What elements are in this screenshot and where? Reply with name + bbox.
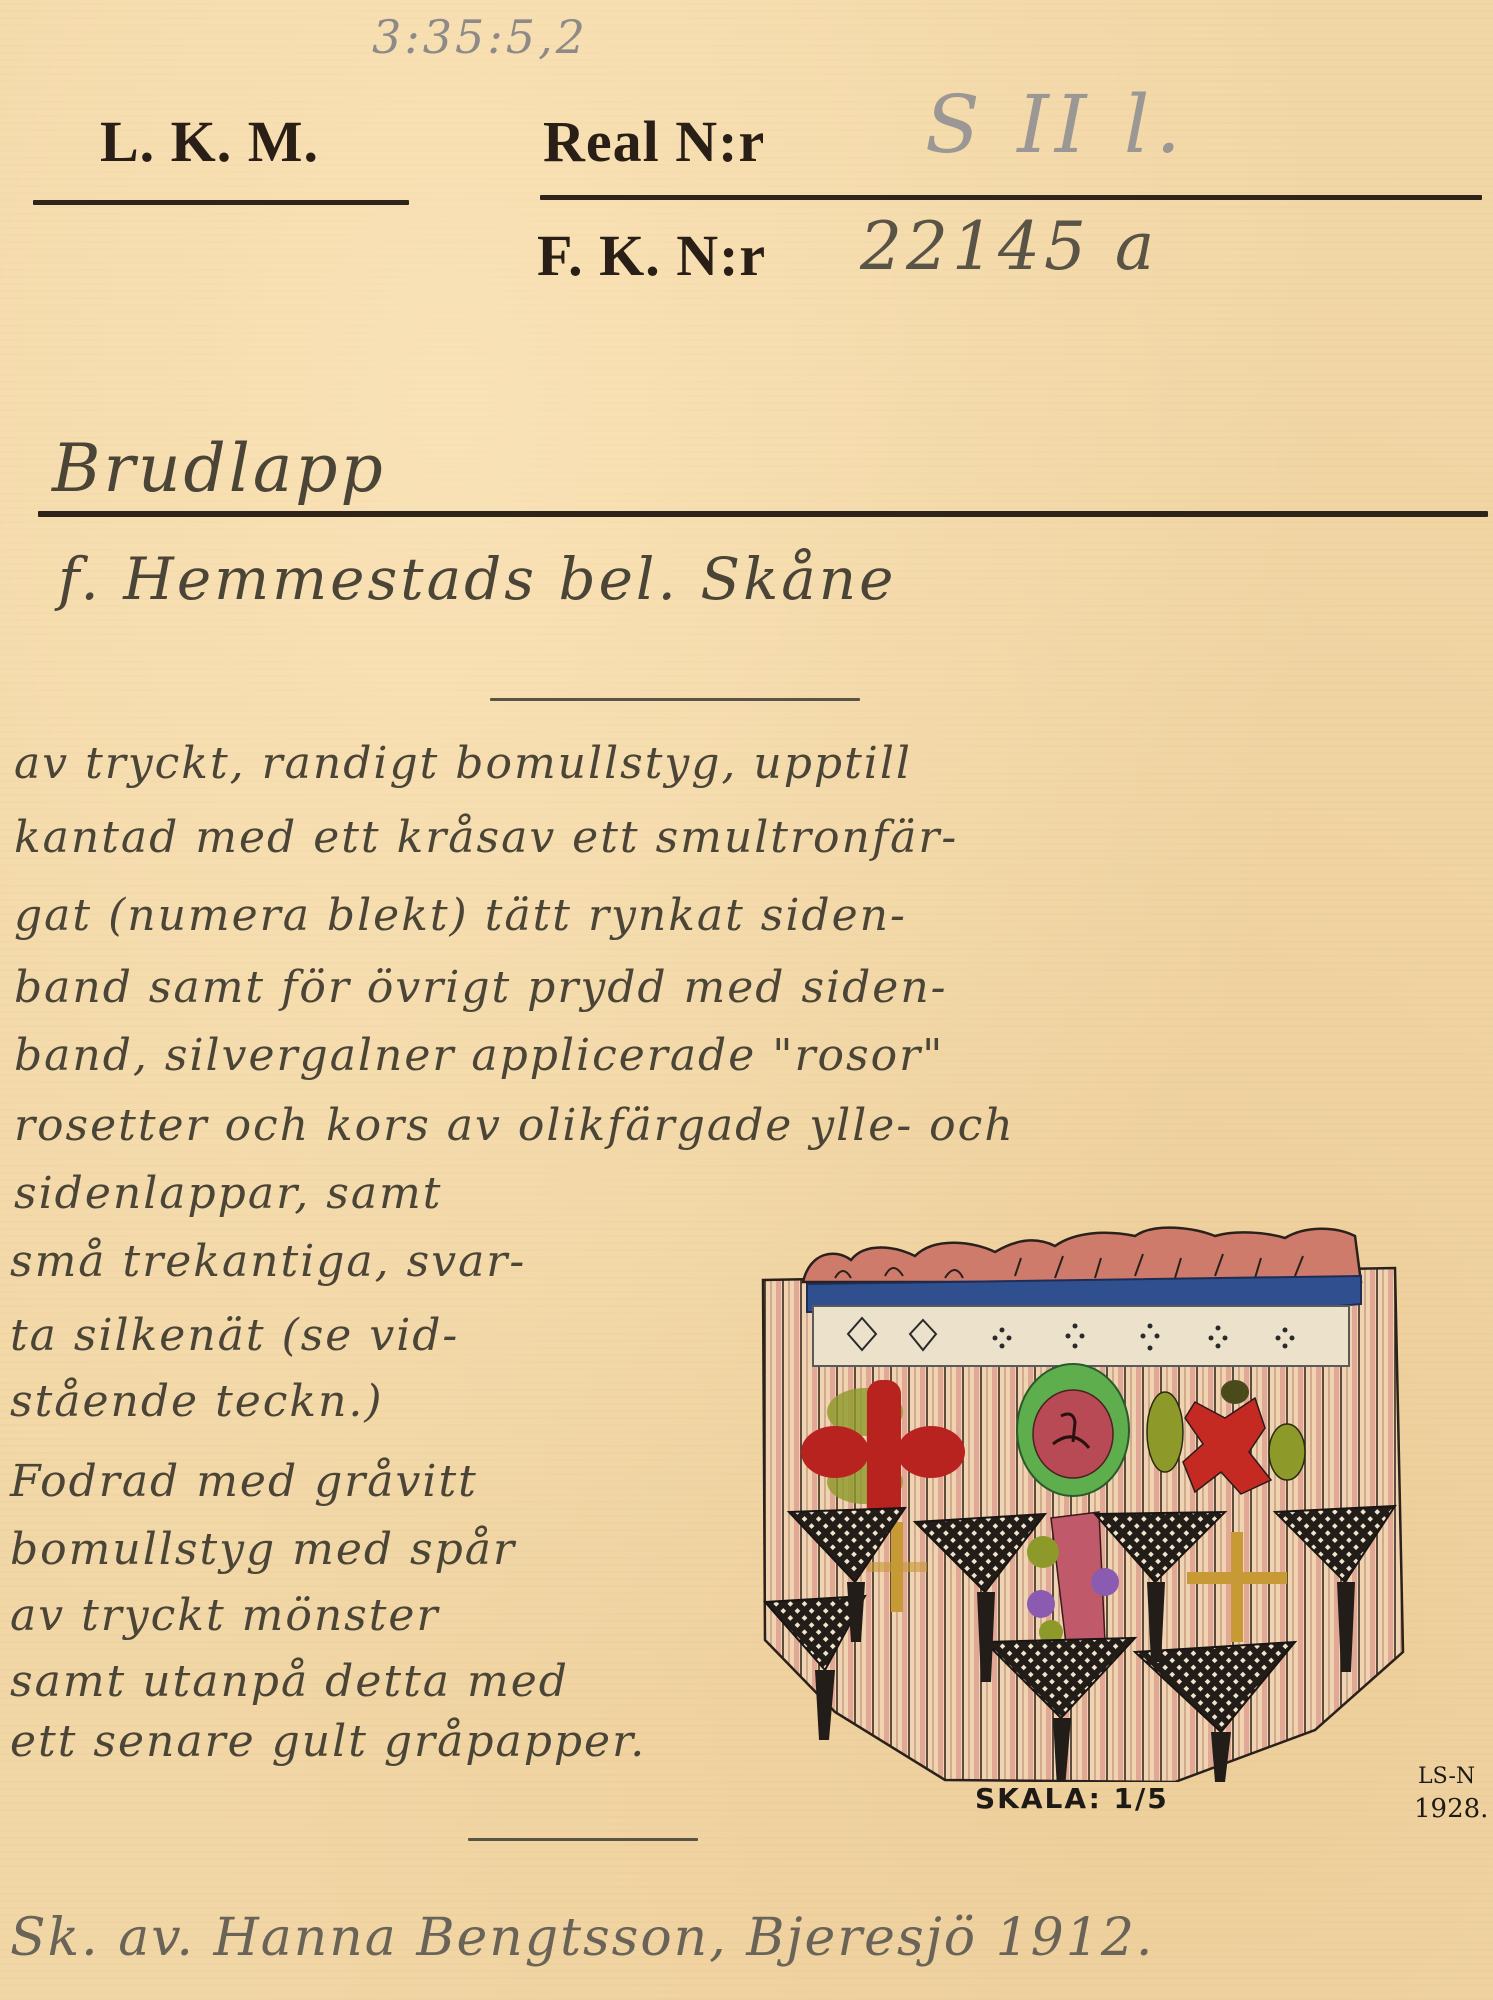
desc-line-9: ta silkenät (se vid- bbox=[10, 1310, 459, 1361]
object-title: Brudlapp bbox=[52, 430, 386, 507]
object-provenance: f. Hemmestads bel. Skåne bbox=[58, 545, 897, 613]
desc-line-2: kantad med ett kråsav ett smultronfär- bbox=[14, 812, 958, 863]
institution-rule bbox=[33, 200, 409, 205]
desc-line-4: band samt för övrigt prydd med siden- bbox=[14, 962, 948, 1013]
fk-nr-value: 22145 a bbox=[860, 208, 1158, 285]
desc-line-13: av tryckt mönster bbox=[10, 1590, 440, 1641]
artist-year: 1928. bbox=[1414, 1794, 1488, 1824]
artist-mark: LS-N bbox=[1418, 1764, 1475, 1789]
title-rule bbox=[38, 511, 1488, 517]
desc-line-8: små trekantiga, svar- bbox=[10, 1236, 526, 1287]
catalogue-card: 3:35:5,2 L. K. M. Real N:r S II l. F. K.… bbox=[0, 0, 1493, 2000]
brudlapp-drawing bbox=[755, 1222, 1405, 1782]
desc-line-6: rosetter och kors av olikfärgade ylle- o… bbox=[14, 1100, 1015, 1151]
recorded-by: Sk. av. Hanna Bengtsson, Bjeresjö 1912. bbox=[10, 1908, 1154, 1968]
institution-label: L. K. M. bbox=[100, 108, 319, 175]
desc-line-3: gat (numera blekt) tätt rynkat siden- bbox=[14, 890, 907, 941]
real-nr-label: Real N:r bbox=[543, 108, 765, 175]
desc-line-11: Fodrad med gråvitt bbox=[10, 1456, 478, 1507]
desc-line-15: ett senare gult gråpapper. bbox=[10, 1716, 646, 1767]
separator-bottom bbox=[468, 1838, 698, 1841]
desc-line-14: samt utanpå detta med bbox=[10, 1656, 569, 1707]
desc-line-5: band, silvergalner applicerade "rosor" bbox=[14, 1030, 944, 1081]
desc-line-10: stående teckn.) bbox=[10, 1376, 384, 1427]
separator-short bbox=[490, 698, 860, 701]
real-nr-value: S II l. bbox=[925, 78, 1187, 171]
desc-line-1: av tryckt, randigt bomullstyg, upptill bbox=[14, 738, 912, 789]
desc-line-7: sidenlappar, samt bbox=[14, 1168, 442, 1219]
fk-nr-label: F. K. N:r bbox=[537, 222, 766, 289]
desc-line-12: bomullstyg med spår bbox=[10, 1524, 516, 1575]
archive-code: 3:35:5,2 bbox=[372, 10, 588, 64]
scale-label: SKALA: 1/5 bbox=[975, 1782, 1169, 1815]
real-nr-rule bbox=[540, 195, 1482, 200]
